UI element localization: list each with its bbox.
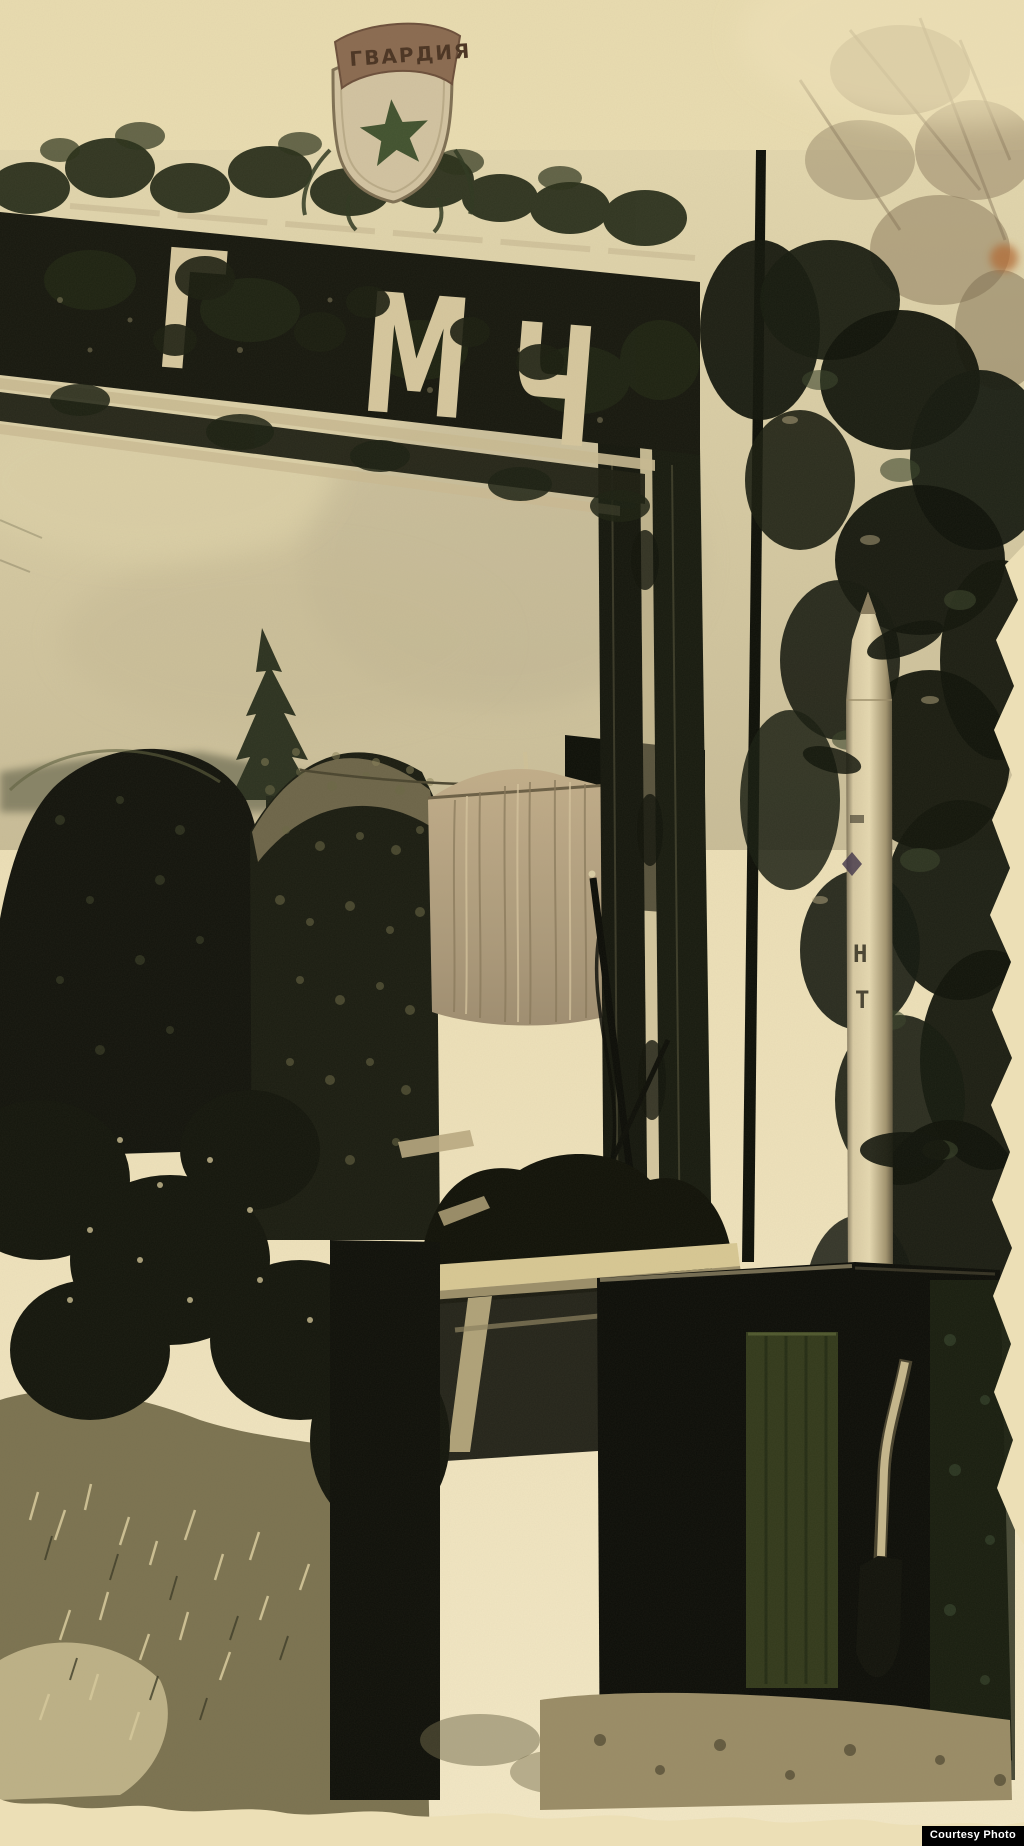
photograph: Н Т Г М Ч xyxy=(0,0,1024,1846)
film-grain xyxy=(0,0,1024,1846)
watermark-label: Courtesy Photo xyxy=(930,1829,1016,1841)
courtesy-photo-watermark: Courtesy Photo xyxy=(922,1826,1024,1846)
vintage-photo-page: Н Т Г М Ч xyxy=(0,0,1024,1846)
